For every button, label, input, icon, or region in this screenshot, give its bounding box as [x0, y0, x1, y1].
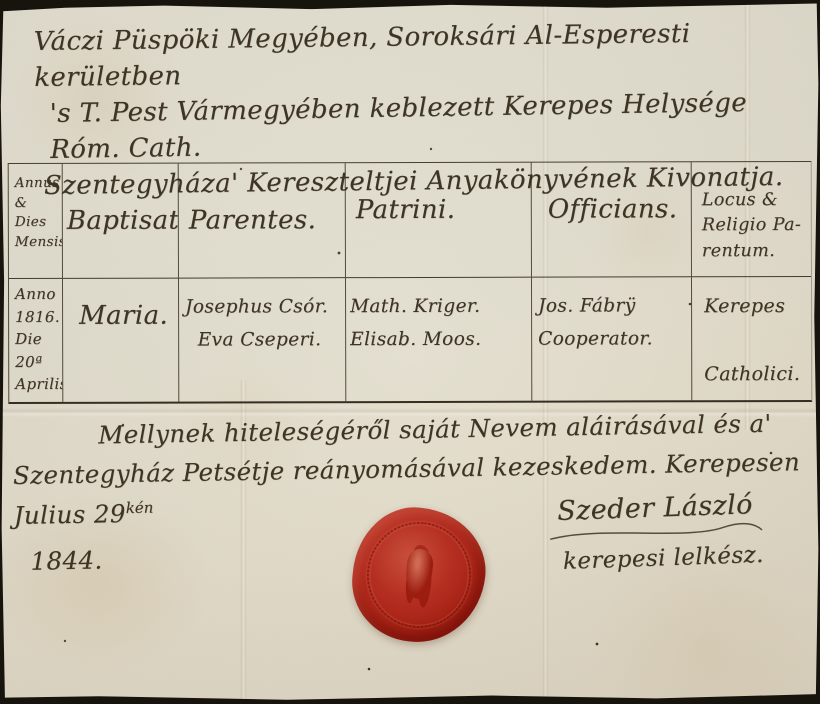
paper: Váczi Püspöki Megyében, Soroksári Al-Esp… — [0, 0, 820, 704]
attestation-line-1: Mellynek hiteleségéről saját Nevem aláir… — [98, 406, 808, 452]
paper-specks — [0, 0, 2, 2]
column-header-locus-religio: Locus & Religio Pa- rentum. — [692, 162, 811, 277]
column-header-patrini: Patrini. — [346, 163, 532, 278]
entry-place-religion-cell: Kerepes Catholici. — [692, 277, 811, 400]
entry-officiant-cell: Jos. Fábrÿ Cooperator. — [532, 277, 692, 400]
document-photo: Váczi Püspöki Megyében, Soroksári Al-Esp… — [0, 0, 820, 704]
entry-parents-cell: Josephus Csór. Eva Cseperi. — [179, 278, 346, 401]
baptism-register-table: Annus & Dies Mensis Baptisatus Parentes.… — [8, 161, 813, 404]
entry-godparents-cell: Math. Kriger. Elisab. Moos. — [346, 278, 532, 401]
column-header-annus-dies-mensis: Annus & Dies Mensis — [9, 164, 63, 279]
column-header-baptisatus: Baptisatus — [63, 164, 179, 279]
column-header-parentes: Parentes. — [179, 163, 346, 278]
signature-title: kerepesi lelkész. — [563, 541, 790, 575]
attestation-date-superscript: kén — [126, 499, 154, 517]
title-line-1: Váczi Püspöki Megyében, Soroksári Al-Esp… — [34, 15, 811, 96]
signature-block: Szeder László kerepesi lelkész. — [557, 488, 790, 575]
entry-baptized-cell: Maria. — [63, 279, 179, 402]
column-header-officians: Officians. — [532, 162, 692, 277]
entry-date-cell: Anno 1816. Die 20ª Aprilis. — [9, 279, 63, 402]
title-line-2: 's T. Pest Vármegyében keblezett Kerepes… — [49, 84, 810, 168]
